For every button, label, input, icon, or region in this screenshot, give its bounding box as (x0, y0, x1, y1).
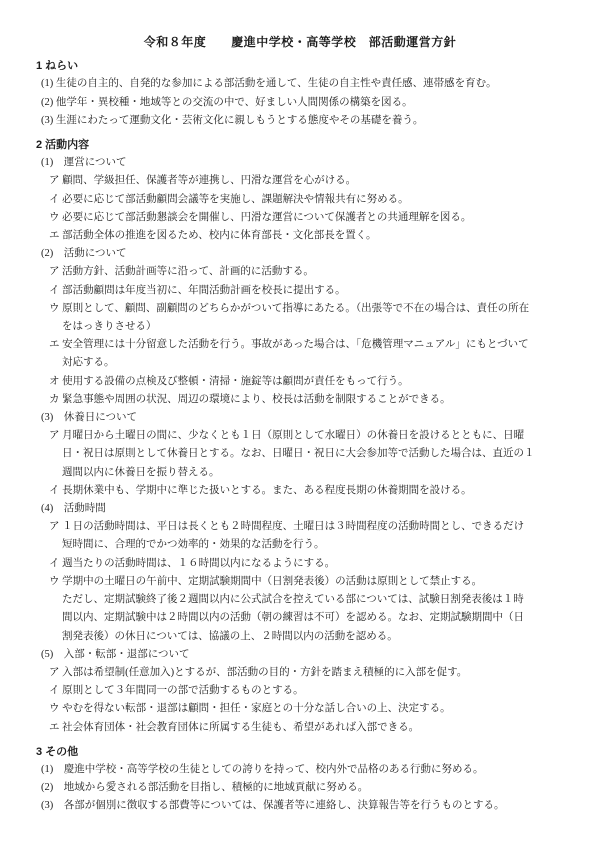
document-body: 1 ねらい(1) 生徒の自主的、自発的な参加による部活動を通して、生徒の自主性や… (0, 57, 600, 815)
document-line: イ 原則として３年間同一の部で活動するものとする。 (0, 682, 600, 700)
section-heading: 2 活動内容 (0, 136, 600, 154)
document-line: オ 使用する設備の点検及び整頓・清掃・施錠等は顧問が責任をもって行う。 (0, 373, 600, 391)
document-line: (2) 他学年・異校種・地域等との交流の中で、好ましい人間関係の構築を図る。 (0, 94, 600, 112)
document-line: (2) 活動について (0, 245, 600, 263)
document-page: 令和８年度 慶進中学校・高等学校 部活動運営方針 1 ねらい(1) 生徒の自主的… (0, 0, 600, 848)
document-line: ア １日の活動時間は、平日は長くとも２時間程度、土曜日は３時間程度の活動時間とし… (0, 518, 600, 536)
document-line: (3) 生涯にわたって運動文化・芸術文化に親しもうとする態度やその基礎を養う。 (0, 112, 600, 130)
document-line: ア 入部は希望制(任意加入)とするが、部活動の目的・方針を踏まえ積極的に入部を促… (0, 664, 600, 682)
section-heading: 1 ねらい (0, 57, 600, 75)
document-line: ウ やむを得ない転部・退部は顧問・担任・家庭との十分な話し合いの上、決定する。 (0, 700, 600, 718)
document-line: ウ 必要に応じて部活動懇談会を開催し、円滑な運営について保護者との共通理解を図る… (0, 209, 600, 227)
document-line: 日・祝日は原則として休養日とする。なお、日曜日・祝日に大会参加等で活動した場合は… (0, 445, 600, 463)
document-line: 割発表後）の休日については、協議の上、２時間以内の活動を認める。 (0, 628, 600, 646)
document-line: イ 必要に応じて部活動顧問会議等を実施し、課題解決や情報共有に努める。 (0, 191, 600, 209)
document-line: 対応する。 (0, 354, 600, 372)
document-line: ア 月曜日から土曜日の間に、少なくとも１日（原則として水曜日）の休養日を設けると… (0, 427, 600, 445)
document-line: をはっきりさせる） (0, 318, 600, 336)
document-title: 令和８年度 慶進中学校・高等学校 部活動運営方針 (0, 33, 600, 51)
document-line: (2) 地域から愛される部活動を目指し、積極的に地域貢献に努める。 (0, 779, 600, 797)
document-line: 週間以内に休養日を振り替える。 (0, 464, 600, 482)
document-line: (1) 慶進中学校・高等学校の生徒としての誇りを持って、校内外で品格のある行動に… (0, 761, 600, 779)
document-line: イ 長期休業中も、学期中に準じた扱いとする。また、ある程度長期の休養期間を設ける… (0, 482, 600, 500)
document-line: (1) 運営について (0, 154, 600, 172)
document-line: ウ 原則として、顧問、副顧問のどちらかがついて指導にあたる。（出張等で不在の場合… (0, 300, 600, 318)
document-line: カ 緊急事態や周囲の状況、周辺の環境により、校長は活動を制限することができる。 (0, 391, 600, 409)
document-line: イ 週当たりの活動時間は、１６時間以内になるようにする。 (0, 555, 600, 573)
document-line: イ 部活動顧問は年度当初に、年間活動計画を校長に提出する。 (0, 282, 600, 300)
document-line: (4) 活動時間 (0, 500, 600, 518)
document-line: ただし、定期試験終了後２週間以内に公式試合を控えている部については、試験日割発表… (0, 591, 600, 609)
document-line: エ 社会体育団体・社会教育団体に所属する生徒も、希望があれば入部できる。 (0, 719, 600, 737)
document-line: (3) 各部が個別に徴収する部費等については、保護者等に連絡し、決算報告等を行う… (0, 797, 600, 815)
document-line: エ 安全管理には十分留意した活動を行う。事故があった場合は、「危機管理マニュアル… (0, 336, 600, 354)
document-line: (5) 入部・転部・退部について (0, 646, 600, 664)
section-heading: 3 その他 (0, 743, 600, 761)
document-line: 短時間に、合理的でかつ効率的・効果的な活動を行う。 (0, 536, 600, 554)
document-line: エ 部活動全体の推進を図るため、校内に体育部長・文化部長を置く。 (0, 227, 600, 245)
document-line: (1) 生徒の自主的、自発的な参加による部活動を通して、生徒の自主性や責任感、連… (0, 75, 600, 93)
document-line: ウ 学期中の土曜日の午前中、定期試験期間中（日割発表後）の活動は原則として禁止す… (0, 573, 600, 591)
document-line: (3) 休養日について (0, 409, 600, 427)
document-line: ア 顧問、学級担任、保護者等が連携し、円滑な運営を心がける。 (0, 172, 600, 190)
document-line: ア 活動方針、活動計画等に沿って、計画的に活動する。 (0, 263, 600, 281)
document-line: 間以内、定期試験中は２時間以内の活動（朝の練習は不可）を認める。なお、定期試験期… (0, 609, 600, 627)
